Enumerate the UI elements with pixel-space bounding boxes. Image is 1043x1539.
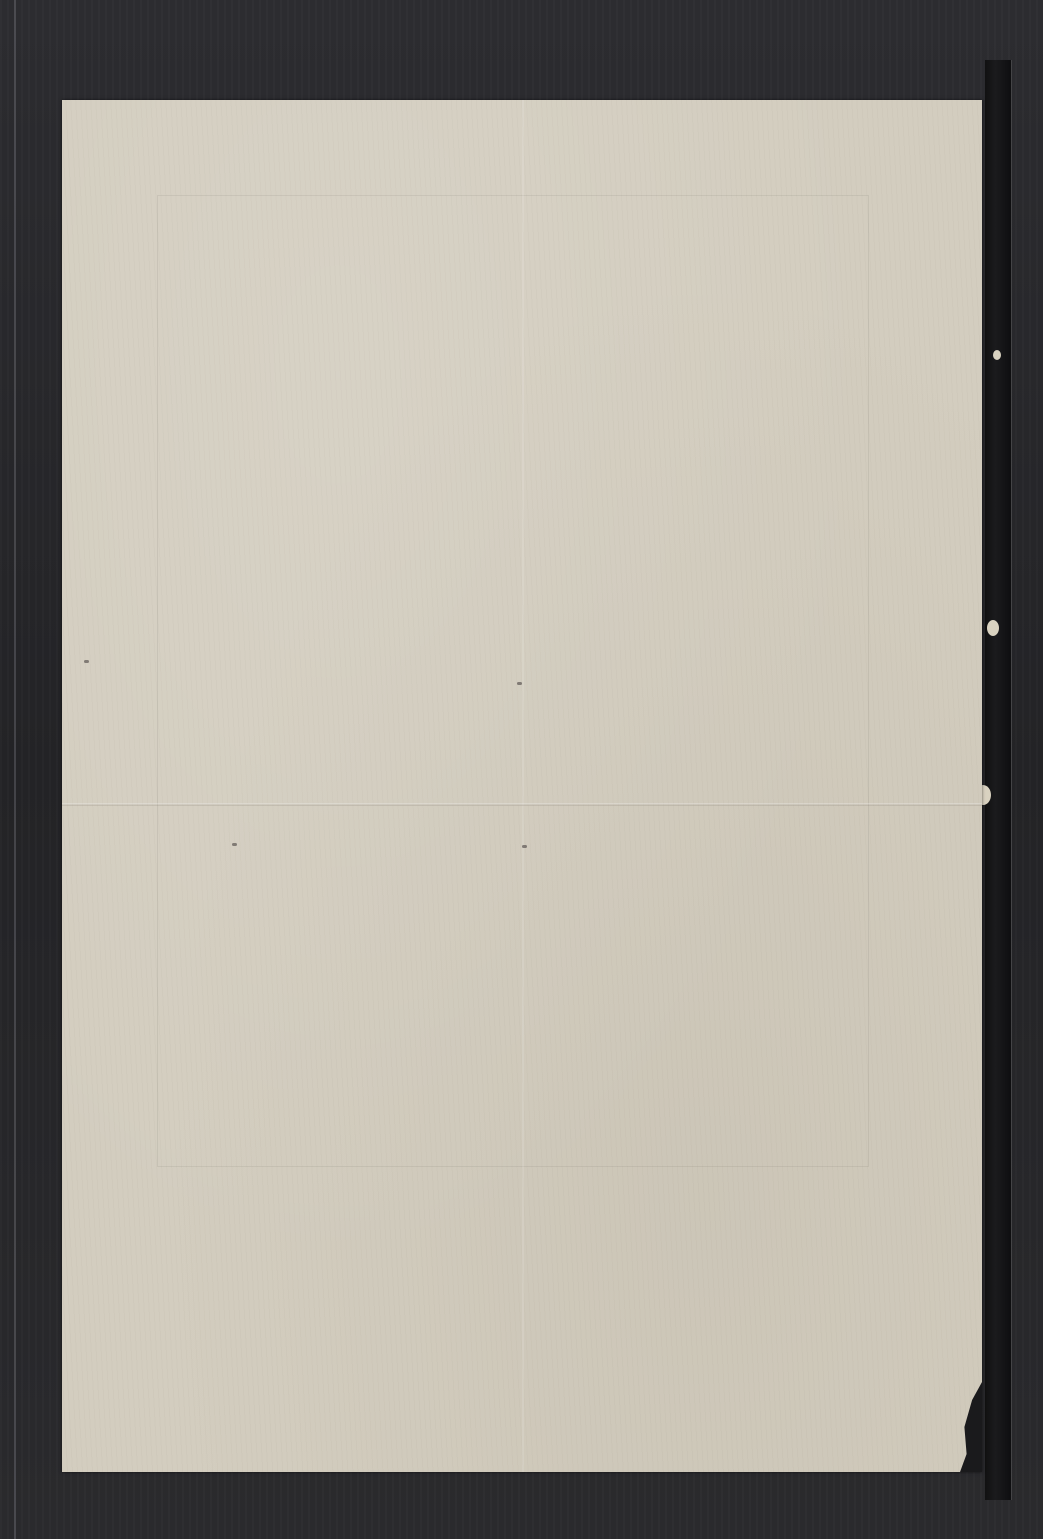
ink-spot: [232, 843, 237, 846]
stamp-pair-back: [62, 100, 982, 1472]
ink-spot: [84, 660, 89, 663]
debris-speck: [987, 620, 999, 636]
design-showthrough: [157, 195, 869, 1167]
debris-speck: [993, 350, 1001, 360]
mount-strip: [985, 60, 1012, 1500]
mount-edge-line: [14, 0, 16, 1539]
horizontal-crease: [62, 803, 982, 806]
paper-fold-line: [522, 100, 524, 1472]
ink-spot: [522, 845, 527, 848]
ink-spot: [517, 682, 522, 685]
corner-paper-loss: [960, 1382, 982, 1472]
